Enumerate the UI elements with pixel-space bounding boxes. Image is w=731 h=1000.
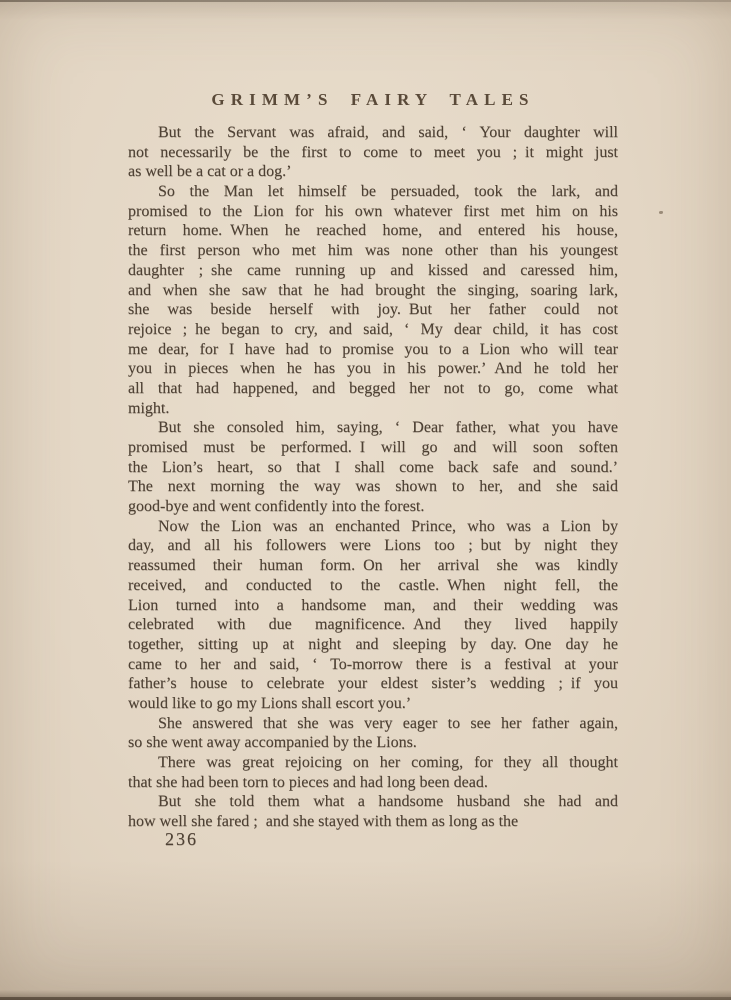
paragraph: She answered that she was very eager to … bbox=[128, 714, 618, 753]
book-page: GRIMM’S FAIRY TALES But the Servant was … bbox=[0, 0, 731, 1000]
text-line: father’s house to celebrate your eldest … bbox=[128, 674, 618, 694]
paper-speck bbox=[659, 211, 663, 214]
text-line: There was great rejoicing on her coming,… bbox=[128, 753, 618, 773]
text-line: might. bbox=[128, 399, 618, 419]
text-line: But she told them what a handsome husban… bbox=[128, 792, 618, 812]
text-line: She answered that she was very eager to … bbox=[128, 714, 618, 734]
page-top-edge bbox=[0, 0, 731, 2]
running-head: GRIMM’S FAIRY TALES bbox=[128, 90, 618, 110]
text-block: But the Servant was afraid, and said, ‘ … bbox=[128, 123, 618, 832]
text-line: that she had been torn to pieces and had… bbox=[128, 773, 618, 793]
text-line: good-bye and went confidently into the f… bbox=[128, 497, 618, 517]
text-line: But she consoled him, saying, ‘ Dear fat… bbox=[128, 418, 618, 438]
text-line: you in pieces when he has you in his pow… bbox=[128, 359, 618, 379]
paragraph: But she consoled him, saying, ‘ Dear fat… bbox=[128, 418, 618, 516]
text-line: she was beside herself with joy. But her… bbox=[128, 300, 618, 320]
page-number: 236 bbox=[165, 829, 198, 850]
text-line: would like to go my Lions shall escort y… bbox=[128, 694, 618, 714]
text-line: not necessarily be the first to come to … bbox=[128, 143, 618, 163]
paragraph: So the Man let himself be persuaded, too… bbox=[128, 182, 618, 418]
text-line: all that had happened, and begged her no… bbox=[128, 379, 618, 399]
paragraph: There was great rejoicing on her coming,… bbox=[128, 753, 618, 792]
text-line: day, and all his followers were Lions to… bbox=[128, 536, 618, 556]
text-line: me dear, for I have had to promise you t… bbox=[128, 340, 618, 360]
text-line: But the Servant was afraid, and said, ‘ … bbox=[128, 123, 618, 143]
paragraph: Now the Lion was an enchanted Prince, wh… bbox=[128, 517, 618, 714]
text-line: reassumed their human form. On her arriv… bbox=[128, 556, 618, 576]
text-line: promised must be performed. I will go an… bbox=[128, 438, 618, 458]
text-line: so she went away accompanied by the Lion… bbox=[128, 733, 618, 753]
text-line: Now the Lion was an enchanted Prince, wh… bbox=[128, 517, 618, 537]
text-line: daughter ; she came running up and kisse… bbox=[128, 261, 618, 281]
paragraph: But the Servant was afraid, and said, ‘ … bbox=[128, 123, 618, 182]
text-line: celebrated with due magnificence. And th… bbox=[128, 615, 618, 635]
text-line: promised to the Lion for his own whateve… bbox=[128, 202, 618, 222]
text-line: rejoice ; he began to cry, and said, ‘ M… bbox=[128, 320, 618, 340]
text-line: came to her and said, ‘ To-morrow there … bbox=[128, 655, 618, 675]
text-line: the first person who met him was none ot… bbox=[128, 241, 618, 261]
text-line: as well be a cat or a dog.’ bbox=[128, 162, 618, 182]
text-line: and when she saw that he had brought the… bbox=[128, 281, 618, 301]
text-line: Lion turned into a handsome man, and the… bbox=[128, 596, 618, 616]
text-line: return home. When he reached home, and e… bbox=[128, 221, 618, 241]
text-line: received, and conducted to the castle. W… bbox=[128, 576, 618, 596]
text-line: together, sitting up at night and sleepi… bbox=[128, 635, 618, 655]
text-line: how well she fared ; and she stayed with… bbox=[128, 812, 618, 832]
paragraph: But she told them what a handsome husban… bbox=[128, 792, 618, 831]
text-line: The next morning the way was shown to he… bbox=[128, 477, 618, 497]
text-line: the Lion’s heart, so that I shall come b… bbox=[128, 458, 618, 478]
text-line: So the Man let himself be persuaded, too… bbox=[128, 182, 618, 202]
